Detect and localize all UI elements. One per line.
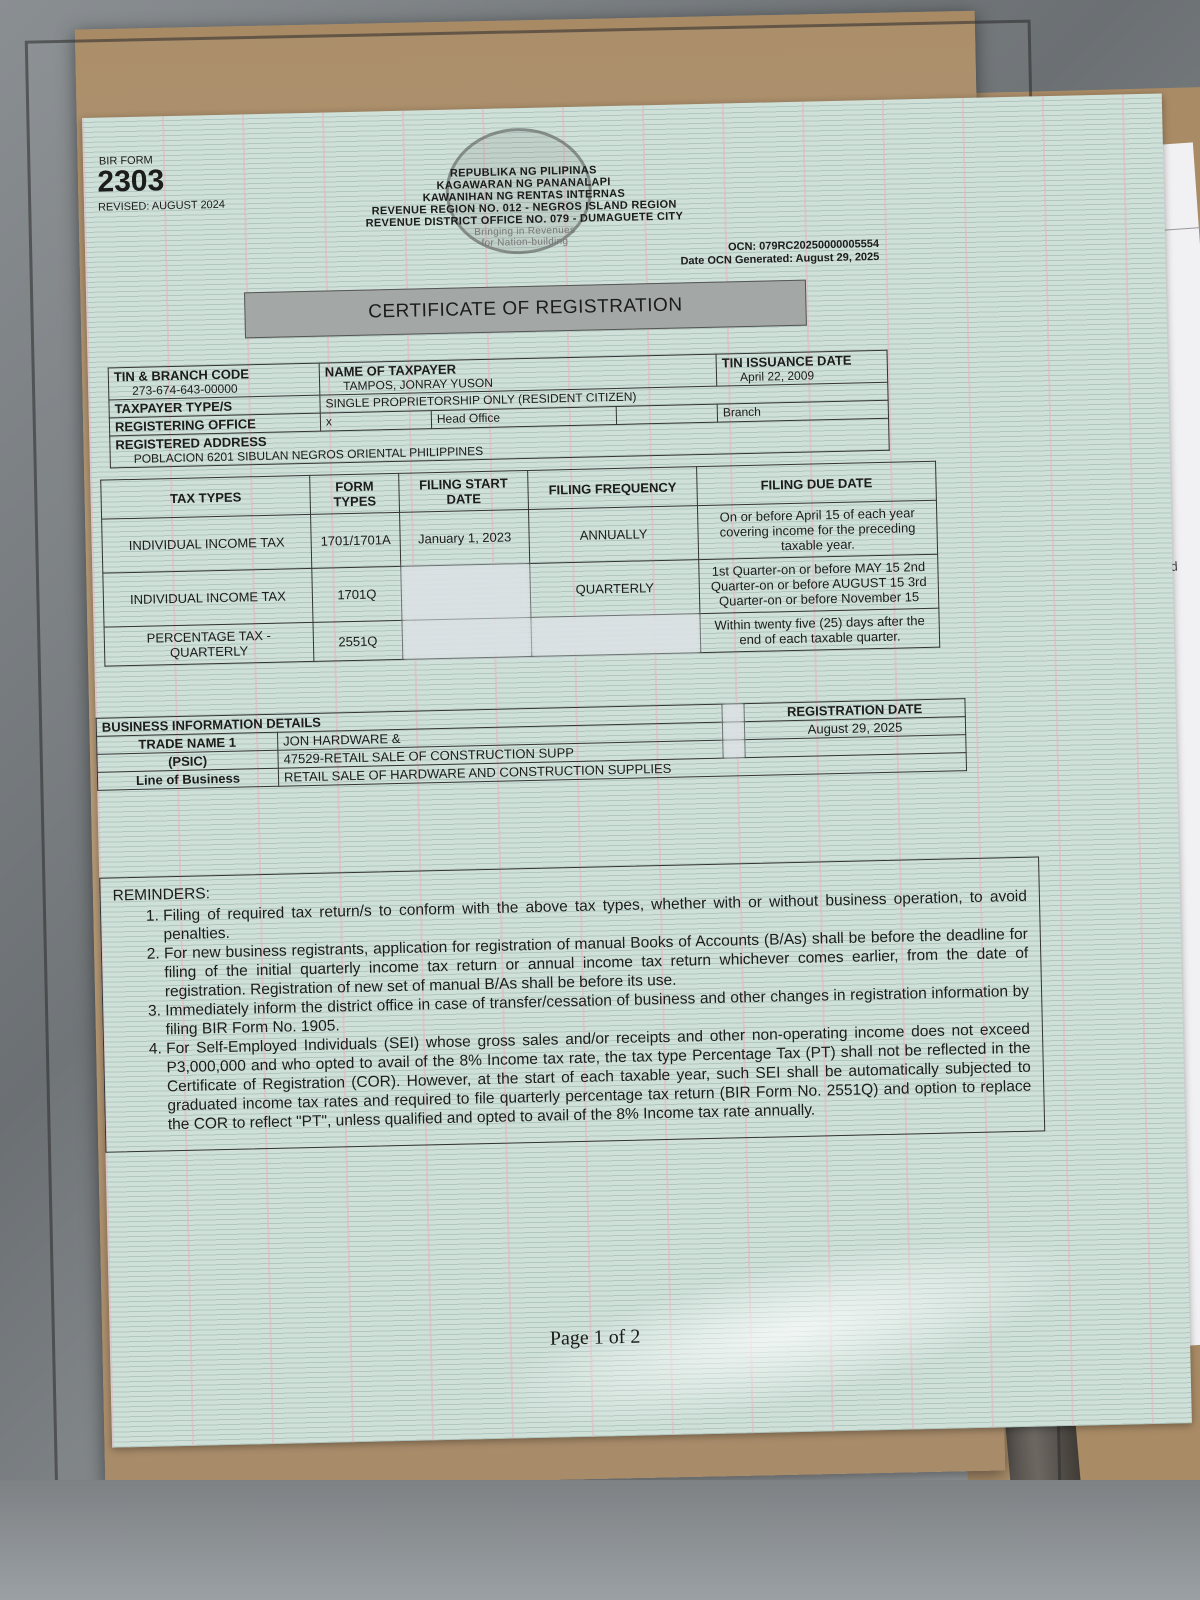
header-form-types: FORM TYPES — [310, 473, 400, 514]
form-type: 1701/1701A — [311, 512, 401, 568]
redacted-region — [722, 704, 744, 722]
redacted-frequency — [531, 614, 701, 657]
line-of-business-label: Line of Business — [97, 768, 278, 790]
reminder-item: For Self-Employed Individuals (SEI) whos… — [166, 1020, 1032, 1135]
redacted-region — [723, 740, 745, 758]
start-date: January 1, 2023 — [400, 509, 530, 566]
frequency: ANNUALLY — [528, 506, 698, 564]
page-number: Page 1 of 2 — [550, 1326, 641, 1351]
redacted-start-date — [401, 563, 531, 620]
tax-type: PERCENTAGE TAX - QUARTERLY — [104, 622, 314, 666]
due-date: 1st Quarter-on or before MAY 15 2nd Quar… — [699, 554, 939, 613]
due-date: Within twenty five (25) days after the e… — [700, 608, 940, 652]
redacted-region — [723, 722, 745, 740]
taxpayer-info-table: TIN & BRANCH CODE 273-674-643-00000 NAME… — [108, 350, 890, 469]
form-number: 2303 — [97, 164, 165, 200]
agency-header: REPUBLIKA NG PILIPINAS KAGAWARAN NG PANA… — [283, 161, 765, 254]
branch-mark — [616, 404, 717, 424]
due-date: On or before April 15 of each year cover… — [697, 500, 937, 559]
tax-types-table: TAX TYPES FORM TYPES FILING START DATE F… — [100, 461, 940, 667]
header-frequency: FILING FREQUENCY — [528, 467, 698, 510]
background-surface — [0, 1480, 1200, 1600]
redacted-start-date — [402, 617, 532, 659]
tax-type: INDIVIDUAL INCOME TAX — [103, 568, 313, 627]
form-revision: REVISED: AUGUST 2024 — [98, 199, 225, 214]
ocn-block: OCN: 079RC20250000005554 Date OCN Genera… — [680, 238, 879, 269]
tin-issuance-date: April 22, 2009 — [722, 367, 882, 385]
document-title: CERTIFICATE OF REGISTRATION — [244, 280, 807, 339]
form-type: 2551Q — [313, 620, 403, 661]
certificate-of-registration: BIR FORM 2303 REVISED: AUGUST 2024 REPUB… — [82, 93, 1192, 1447]
header-start-date: FILING START DATE — [399, 470, 529, 512]
reminders-section: REMINDERS: Filing of required tax return… — [99, 856, 1045, 1152]
header-tax-types: TAX TYPES — [101, 475, 311, 519]
tax-type: INDIVIDUAL INCOME TAX — [102, 514, 312, 573]
frequency: QUARTERLY — [530, 560, 700, 618]
header-due-date: FILING DUE DATE — [697, 461, 937, 505]
form-type: 1701Q — [312, 566, 402, 622]
business-info-table: BUSINESS INFORMATION DETAILS REGISTRATIO… — [96, 698, 967, 791]
